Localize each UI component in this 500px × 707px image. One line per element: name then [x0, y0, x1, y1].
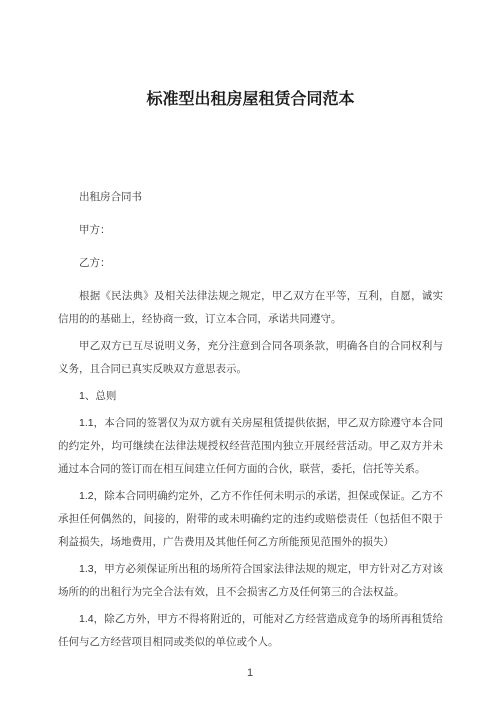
party-a-line: 甲方： [58, 219, 443, 242]
preamble-paragraph-2: 甲乙双方已互尽说明义务，充分注意到合同各项条款，明确各自的合同权利与义务，且合同… [58, 335, 443, 381]
clause-paragraph-1-4: 1.4，除乙方外，甲方不得将附近的，可能对乙方经营造成竟争的场所再租赁给任何与乙… [58, 608, 443, 654]
clause-paragraph-1-1: 1.1，本合同的签署仅为双方就有关房屋租赁提供依据，甲乙双方除遵守本合同的约定外… [58, 412, 443, 481]
document-page: 标准型出租房屋租赁合同范本 出租房合同书 甲方： 乙方： 根据《民法典》及相关法… [0, 0, 500, 707]
document-title: 标准型出租房屋租赁合同范本 [58, 88, 443, 112]
clause-paragraph-1-2: 1.2，除本合同明确约定外，乙方不作任何未明示的承诺，担保或保证。乙方不承担任何… [58, 485, 443, 554]
party-b-line: 乙方： [58, 252, 443, 275]
doc-type-line: 出租房合同书 [58, 186, 443, 209]
clause-paragraph-1-3: 1.3，甲方必须保证所出租的场所符合国家法律法规的规定，甲方针对乙方对该场所的的… [58, 558, 443, 604]
page-number: 1 [0, 667, 500, 679]
preamble-paragraph-1: 根据《民法典》及相关法律法规之规定，甲乙双方在平等，互利，自愿，诚实信用的的基础… [58, 285, 443, 331]
section-heading: 1、总则 [58, 385, 443, 408]
